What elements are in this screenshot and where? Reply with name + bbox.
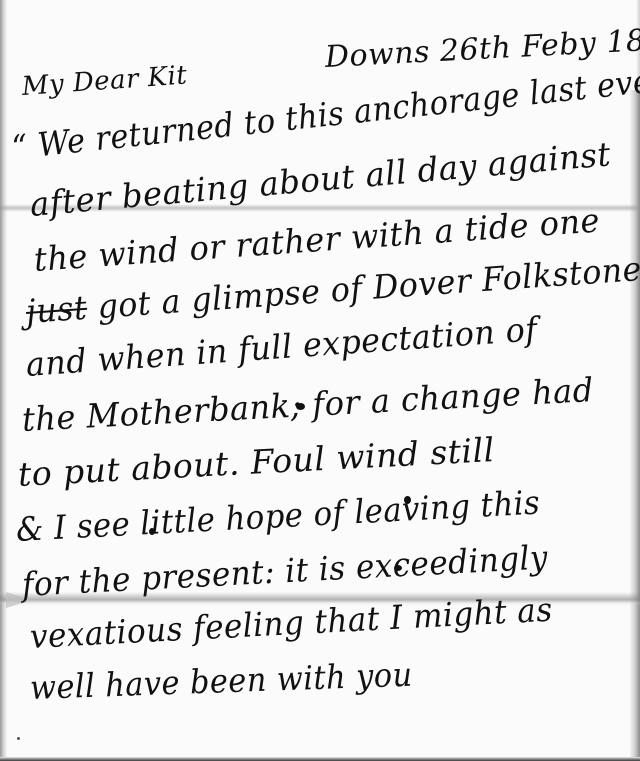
page-left-edge-shadow	[0, 0, 7, 761]
page-bottom-edge-shadow	[0, 757, 640, 761]
letter-line-11: well have been with you	[29, 655, 413, 707]
ink-blot	[394, 565, 402, 571]
ink-blot	[296, 403, 305, 410]
letter-line-8: & I see little hope of leaving this	[15, 483, 541, 549]
struck-word: just	[25, 288, 89, 331]
letter-line-7: to put about. Foul wind still	[17, 430, 496, 494]
letter-line-6: the Motherbank; for a change had	[21, 370, 595, 439]
ink-blot	[404, 496, 411, 504]
ink-blot	[149, 528, 155, 535]
salutation: My Dear Kit	[21, 60, 188, 101]
letter-page: Downs 26th Feby 1834 My Dear Kit “ We re…	[0, 0, 640, 761]
ink-speck	[17, 737, 20, 740]
page-right-edge-shadow	[630, 90, 640, 761]
